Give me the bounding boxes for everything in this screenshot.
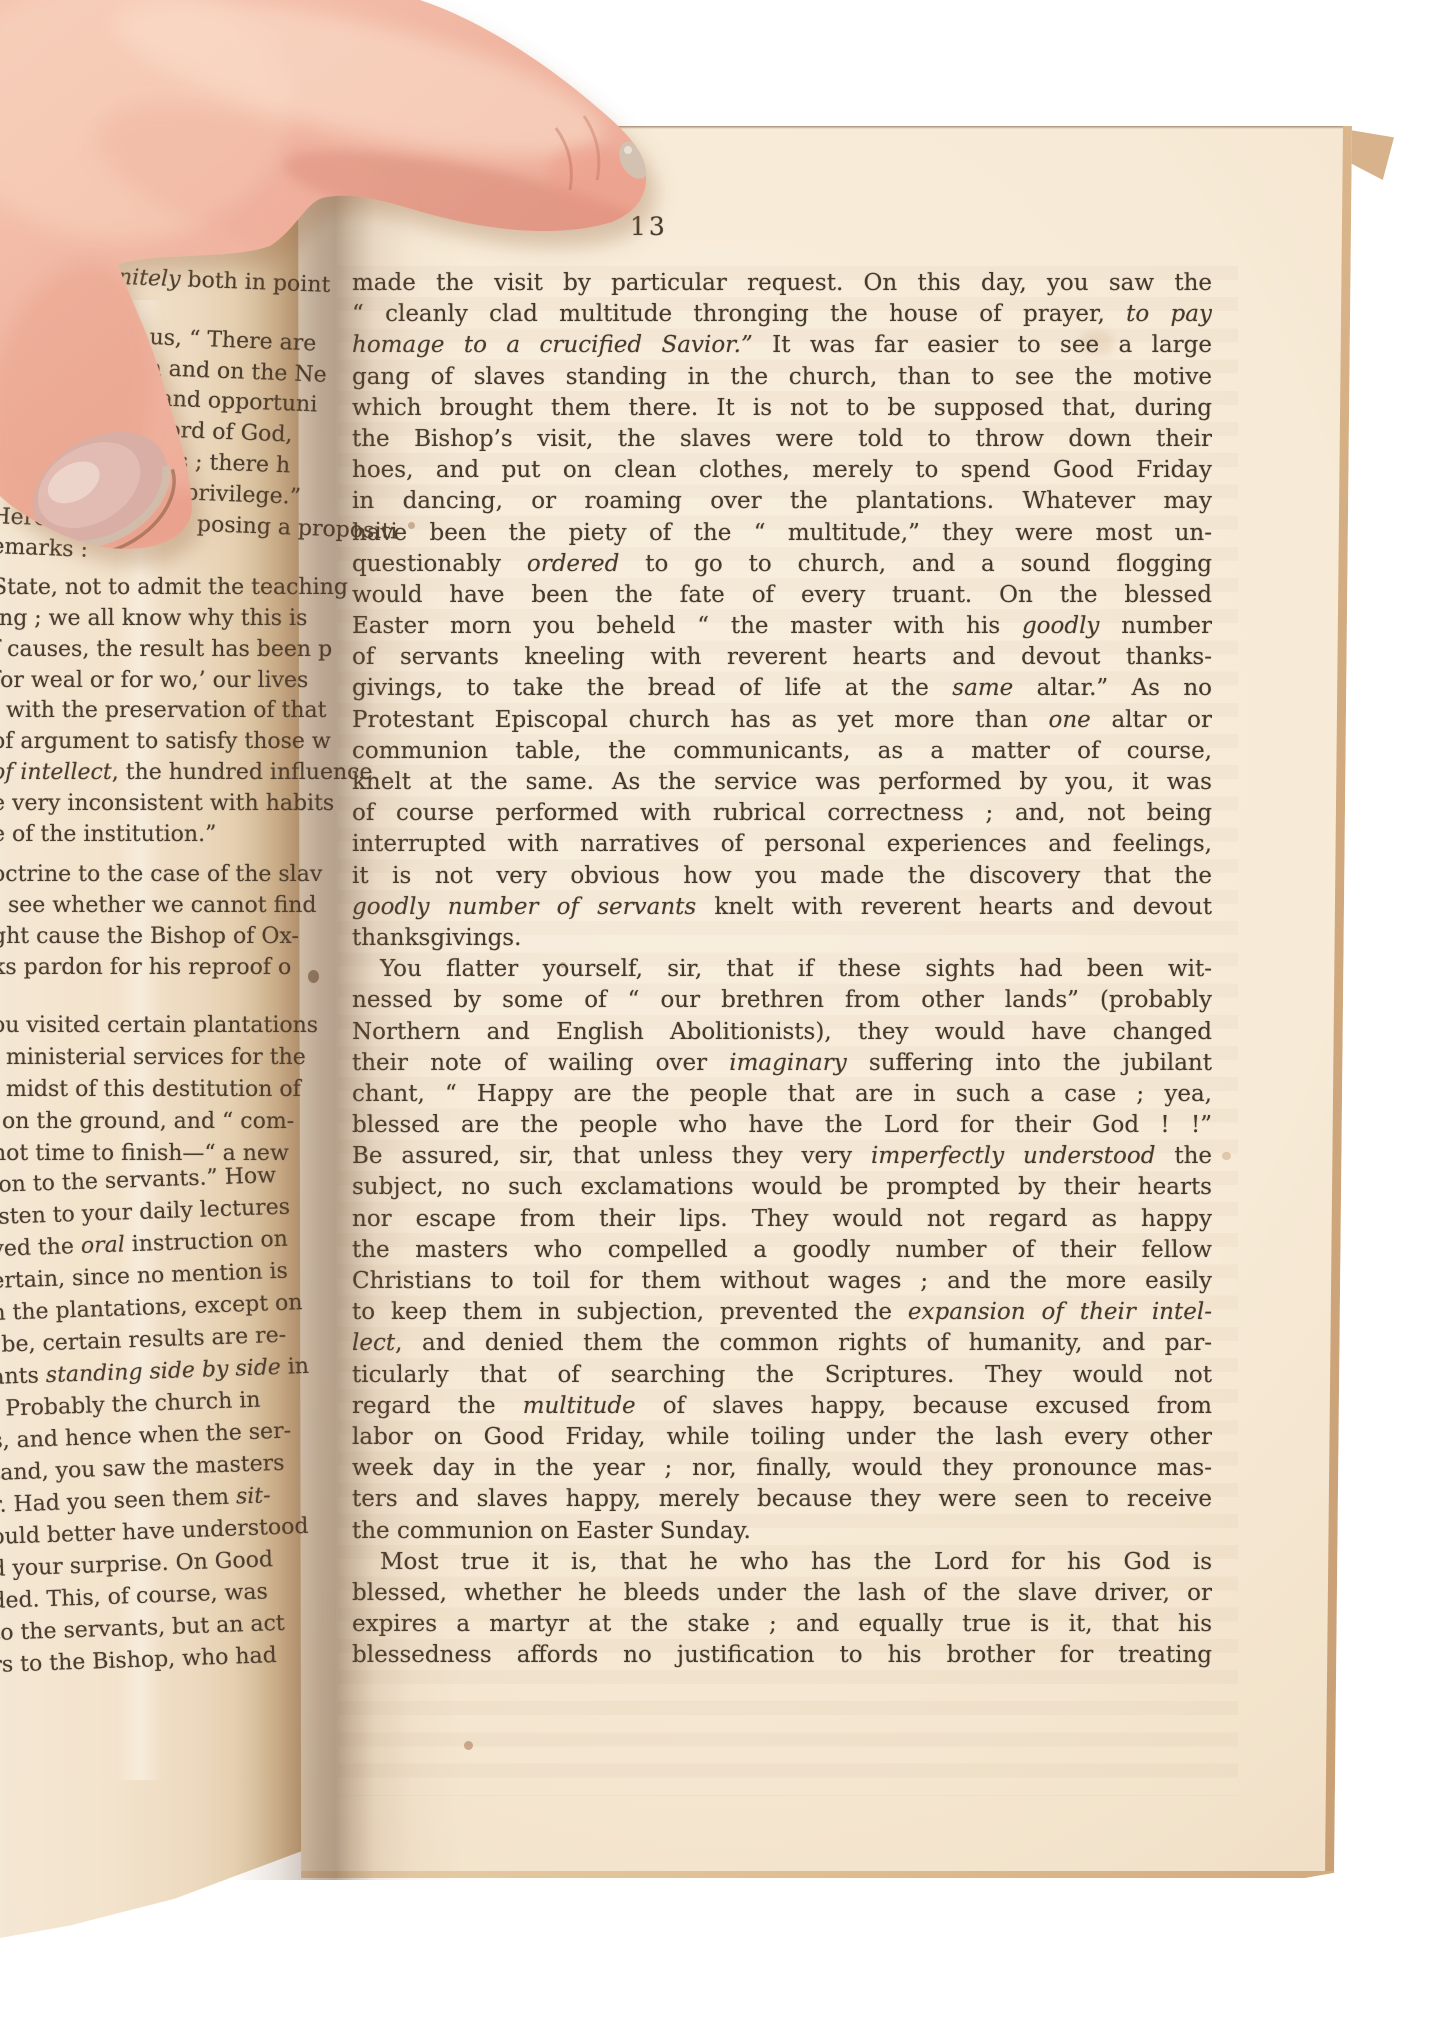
page-bottom-edge <box>298 1871 1352 1878</box>
text-line: ght cause the Bishop of Ox- <box>0 922 337 953</box>
text-line: You flatter yourself, sir, that if these… <box>352 954 1212 985</box>
text-line: thanksgivings. <box>352 923 1212 954</box>
text-line: Most true it is, that he who has the Lor… <box>352 1547 1212 1578</box>
text-line: for weal or for wo,’ our lives <box>0 666 337 697</box>
text-line: knelt at the same. As the service was pe… <box>352 767 1212 798</box>
text-line: Christians to toil for them without wage… <box>352 1266 1212 1297</box>
book-photo: 13 made the visit by particular request.… <box>0 0 1445 2023</box>
text-line: goodly number of servants knelt with rev… <box>352 892 1212 923</box>
text-line: their note of wailing over imaginary suf… <box>352 1048 1212 1079</box>
text-line: nor escape from their lips. They would n… <box>352 1204 1212 1235</box>
text-line: of servants kneeling with reverent heart… <box>352 642 1212 673</box>
text-line: ticularly that of searching the Scriptur… <box>352 1360 1212 1391</box>
text-line: ks pardon for his reproof o <box>0 953 337 984</box>
text-line: f causes, the result has been p <box>0 635 337 666</box>
text-line: e very inconsistent with habits <box>0 789 337 820</box>
text-line: blessed are the people who have the Lord… <box>352 1110 1212 1141</box>
text-line: nessed by some of “ our brethren from ot… <box>352 985 1212 1016</box>
text-line: midst of this destitution of <box>0 1074 337 1106</box>
text-line: blessedness affords no justification to … <box>352 1640 1212 1671</box>
hand <box>0 0 700 620</box>
text-line: communion table, the communicants, as a … <box>352 736 1212 767</box>
text-line: regard the multitude of slaves happy, be… <box>352 1391 1212 1422</box>
text-line: Be assured, sir, that unless they very i… <box>352 1141 1212 1172</box>
text-line: interrupted with narratives of personal … <box>352 829 1212 860</box>
text-line: expires a martyr at the stake ; and equa… <box>352 1609 1212 1640</box>
text-line: the masters who compelled a goodly numbe… <box>352 1235 1212 1266</box>
text-line: Northern and English Abolitionists), the… <box>352 1017 1212 1048</box>
text-line: with the preservation of that <box>0 696 337 727</box>
text-line: Protestant Episcopal church has as yet m… <box>352 705 1212 736</box>
text-line: ters and slaves happy, merely because th… <box>352 1484 1212 1515</box>
text-line: chant, “ Happy are the people that are i… <box>352 1079 1212 1110</box>
text-line: it is not very obvious how you made the … <box>352 861 1212 892</box>
text-line: labor on Good Friday, while toiling unde… <box>352 1422 1212 1453</box>
fingernail-highlight <box>624 146 632 154</box>
text-line: the communion on Easter Sunday. <box>352 1516 1212 1547</box>
text-line: ou visited certain plantations <box>0 1010 337 1042</box>
text-line: of argument to satisfy those w <box>0 727 337 758</box>
page-fore-edge <box>1325 126 1352 1880</box>
text-line: see whether we cannot find <box>0 891 337 922</box>
text-line: givings, to take the bread of life at th… <box>352 673 1212 704</box>
text-line: e of the institution.” <box>0 820 337 851</box>
text-line: week day in the year ; nor, finally, wou… <box>352 1453 1212 1484</box>
text-line: of course performed with rubrical correc… <box>352 798 1212 829</box>
text-line: octrine to the case of the slav <box>0 860 337 891</box>
text-line: on the ground, and “ com- <box>0 1106 337 1138</box>
text-line: lect, and denied them the common rights … <box>352 1328 1212 1359</box>
text-line: to keep them in subjection, prevented th… <box>352 1297 1212 1328</box>
text-line: blessed, whether he bleeds under the las… <box>352 1578 1212 1609</box>
text-line: ministerial services for the <box>0 1042 337 1074</box>
text-line: of intellect, the hundred influence <box>0 758 337 789</box>
text-line: subject, no such exclamations would be p… <box>352 1172 1212 1203</box>
